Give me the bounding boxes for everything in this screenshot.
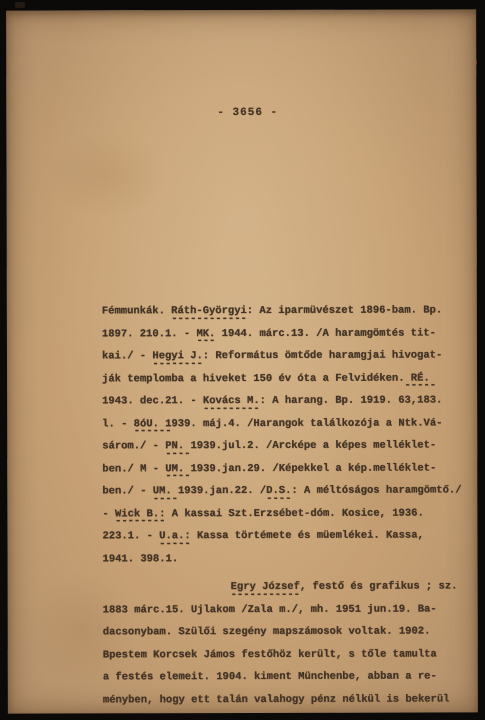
typed-text: dacsonybam. Szülői szegény mapszámosok v… [103,621,431,644]
typed-text: - Wick B.: A kassai Szt.Erzsébet-dóm. Ko… [102,502,423,525]
typed-text-line: 1897. 210.1. - MK. 1944. márc.13. /A har… [102,322,472,345]
typed-text-line: dacsonybam. Szülői szegény mapszámosok v… [103,620,473,643]
scanned-page-background: { "page": { "number_label": "- 3656 -" }… [0,0,485,720]
typed-text-line: a festés elemeit. 1904. kiment Münchenbe… [103,665,473,688]
scanned-paper-sheet: - 3656 - Fémmunkák. Ráth-Györgyi: Az ipa… [6,9,478,713]
edge-smudge-mark [15,2,25,8]
typed-text-line: 1883 márc.15. Ujlakom /Zala m./, mh. 195… [103,598,473,621]
typed-text-line: 1941. 398.1. [102,547,472,570]
typed-text: 1897. 210.1. - MK. 1944. márc.13. /A har… [102,322,436,345]
typed-text-line: l. - 8óU. 1939. máj.4. /Harangok találko… [102,412,472,435]
page-number: - 3656 - [217,106,278,120]
typed-text: ményben, hogy ett talán valahogy pénz né… [103,688,450,711]
typed-text: kai./ - Hegyi J.: Református ömtőde hara… [102,344,442,367]
typed-text: 1883 márc.15. Ujlakom /Zala m./, mh. 195… [103,598,437,621]
paper-stain [46,130,166,220]
typed-text-line: ben./ - UM. 1939.jan.22. /D.S.: A méltós… [102,479,472,502]
typed-text-line: ményben, hogy ett talán valahogy pénz né… [103,688,473,711]
typed-text: sárom./ - PN. 1939.jul.2. /Arcképe a kép… [102,434,436,457]
typed-text: 1943. dec.21. - Kovács M.: A harang. Bp.… [102,389,442,412]
typed-text-line: ben./ M - UM. 1939.jan.29. /Képekkel a k… [102,457,472,480]
typed-text: 223.1. - U.a.: Kassa törtémete és müemlé… [102,525,423,548]
typed-text: a festés elemeit. 1904. kiment Münchenbe… [103,665,437,688]
typed-text-line: - Wick B.: A kassai Szt.Erzsébet-dóm. Ko… [102,502,472,525]
typed-text: Fémmunkák. Ráth-Györgyi: Az iparmüvészet… [102,299,442,322]
typed-text-line: sárom./ - PN. 1939.jul.2. /Arcképe a kép… [102,434,472,457]
typed-text: ben./ - UM. 1939.jan.22. /D.S.: A méltós… [102,479,461,502]
typed-text-line: 1943. dec.21. - Kovács M.: A harang. Bp.… [102,389,472,412]
typed-text: l. - 8óU. 1939. máj.4. /Harangok találko… [102,412,442,435]
text-block: Fémmunkák. Ráth-Györgyi: Az iparmüvészet… [102,299,473,711]
typed-text-line: 223.1. - U.a.: Kassa törtémete és müemlé… [102,524,472,547]
typed-text-line: kai./ - Hegyi J.: Református ömtőde hara… [102,344,472,367]
typed-text: ják templomba a hiveket 150 év óta a Fel… [102,367,430,390]
typed-text-line: Bpestem Korcsek Jámos festőhöz került, s… [103,643,473,666]
typed-text: 1941. 398.1. [102,548,178,571]
typed-text-line: Egry József, festő és grafikus ; sz.----… [103,575,473,598]
typed-text: Egry József, festő és grafikus ; sz.----… [231,575,458,598]
typed-text: ben./ M - UM. 1939.jan.29. /Képekkel a k… [102,457,436,480]
typed-text-line: Fémmunkák. Ráth-Györgyi: Az iparmüvészet… [102,299,472,322]
typed-text-line: ják templomba a hiveket 150 év óta a Fel… [102,367,472,390]
typed-text: Bpestem Korcsek Jámos festőhöz került, s… [103,643,437,666]
